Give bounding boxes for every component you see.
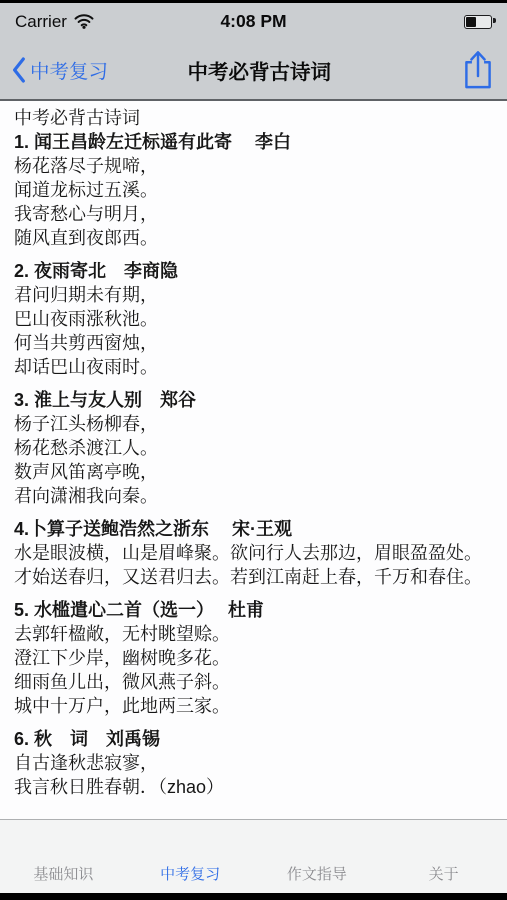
poem-line: 去郭轩楹敞，无村眺望赊。 bbox=[14, 622, 493, 646]
chevron-left-icon bbox=[12, 57, 25, 83]
tab-item-关于[interactable]: 关于 bbox=[380, 820, 507, 893]
status-bar: Carrier 4:08 PM bbox=[0, 3, 507, 40]
poem-block: 3. 淮上与友人别 郑谷 杨子江头杨柳春，杨花愁杀渡江人。数声风笛离亭晚，君向潇… bbox=[14, 388, 493, 508]
poem-line: 水是眼波横，山是眉峰聚。欲问行人去那边，眉眼盈盈处。 bbox=[14, 541, 493, 565]
poem-line: 杨花落尽子规啼， bbox=[14, 154, 493, 178]
clock: 4:08 PM bbox=[220, 11, 286, 32]
tab-label: 中考复习 bbox=[160, 863, 220, 884]
poem-lines: 杨花落尽子规啼，闻道龙标过五溪。我寄愁心与明月，随风直到夜郎西。 bbox=[14, 154, 493, 250]
poem-lines: 水是眼波横，山是眉峰聚。欲问行人去那边，眉眼盈盈处。才始送春归，又送君归去。若到… bbox=[14, 541, 493, 589]
poem-line: 君问归期未有期， bbox=[14, 283, 493, 307]
poem-line: 数声风笛离亭晚， bbox=[14, 460, 493, 484]
poem-title: 1. 闻王昌龄左迁标遥有此寄 李白 bbox=[14, 130, 493, 154]
app-screen: Carrier 4:08 PM 中考 bbox=[0, 3, 507, 893]
poem-line: 却话巴山夜雨时。 bbox=[14, 355, 493, 379]
poem-line: 随风直到夜郎西。 bbox=[14, 226, 493, 250]
back-button[interactable]: 中考复习 bbox=[12, 56, 108, 84]
page-title: 中考必背古诗词 bbox=[187, 55, 331, 85]
share-button[interactable] bbox=[461, 49, 495, 91]
poem-line: 细雨鱼儿出，微风燕子斜。 bbox=[14, 670, 493, 694]
back-button-label: 中考复习 bbox=[30, 56, 108, 84]
navigation-bar: 中考复习 中考必背古诗词 bbox=[0, 40, 507, 101]
poem-line: 闻道龙标过五溪。 bbox=[14, 178, 493, 202]
poem-block: 6. 秋 词 刘禹锡 自古逢秋悲寂寥，我言秋日胜春朝．（zhao） bbox=[14, 727, 493, 799]
carrier-label: Carrier bbox=[15, 12, 67, 32]
wifi-icon bbox=[74, 14, 94, 29]
poem-title: 6. 秋 词 刘禹锡 bbox=[14, 727, 493, 751]
poem-line: 杨花愁杀渡江人。 bbox=[14, 436, 493, 460]
poem-line: 杨子江头杨柳春， bbox=[14, 412, 493, 436]
poem-lines: 杨子江头杨柳春，杨花愁杀渡江人。数声风笛离亭晚，君向潇湘我向秦。 bbox=[14, 412, 493, 508]
poem-line: 我言秋日胜春朝．（zhao） bbox=[14, 775, 493, 799]
tab-label: 基础知识 bbox=[33, 863, 93, 884]
poem-line: 何当共剪西窗烛， bbox=[14, 331, 493, 355]
poem-line: 巴山夜雨涨秋池。 bbox=[14, 307, 493, 331]
battery-fill bbox=[466, 17, 476, 27]
poem-block: 5. 水槛遣心二首（选一） 杜甫 去郭轩楹敞，无村眺望赊。澄江下少岸，幽树晚多花… bbox=[14, 598, 493, 718]
tab-item-中考复习[interactable]: 中考复习 bbox=[127, 820, 254, 893]
poem-lines: 君问归期未有期，巴山夜雨涨秋池。何当共剪西窗烛，却话巴山夜雨时。 bbox=[14, 283, 493, 379]
tab-label: 关于 bbox=[429, 863, 459, 884]
content-heading: 中考必背古诗词 bbox=[14, 106, 493, 130]
poem-line: 我寄愁心与明月， bbox=[14, 202, 493, 226]
poem-lines: 自古逢秋悲寂寥，我言秋日胜春朝．（zhao） bbox=[14, 751, 493, 799]
poem-list: 1. 闻王昌龄左迁标遥有此寄 李白 杨花落尽子规啼，闻道龙标过五溪。我寄愁心与明… bbox=[14, 130, 493, 799]
poem-title: 5. 水槛遣心二首（选一） 杜甫 bbox=[14, 598, 493, 622]
poem-lines: 去郭轩楹敞，无村眺望赊。澄江下少岸，幽树晚多花。细雨鱼儿出，微风燕子斜。城中十万… bbox=[14, 622, 493, 718]
poem-line: 君向潇湘我向秦。 bbox=[14, 484, 493, 508]
poem-title: 3. 淮上与友人别 郑谷 bbox=[14, 388, 493, 412]
poem-line: 才始送春归，又送君归去。若到江南赶上春，千万和春住。 bbox=[14, 565, 493, 589]
poem-line: 澄江下少岸，幽树晚多花。 bbox=[14, 646, 493, 670]
poem-title: 2. 夜雨寄北 李商隐 bbox=[14, 259, 493, 283]
poem-block: 1. 闻王昌龄左迁标遥有此寄 李白 杨花落尽子规啼，闻道龙标过五溪。我寄愁心与明… bbox=[14, 130, 493, 250]
poem-line: 自古逢秋悲寂寥， bbox=[14, 751, 493, 775]
poem-line: 城中十万户，此地两三家。 bbox=[14, 694, 493, 718]
tab-label: 作文指导 bbox=[287, 863, 347, 884]
tab-item-基础知识[interactable]: 基础知识 bbox=[0, 820, 127, 893]
tab-item-作文指导[interactable]: 作文指导 bbox=[254, 820, 381, 893]
poem-block: 2. 夜雨寄北 李商隐 君问归期未有期，巴山夜雨涨秋池。何当共剪西窗烛，却话巴山… bbox=[14, 259, 493, 379]
battery-icon bbox=[464, 15, 492, 29]
poem-text-view[interactable]: 中考必背古诗词 1. 闻王昌龄左迁标遥有此寄 李白 杨花落尽子规啼，闻道龙标过五… bbox=[0, 101, 507, 819]
share-icon bbox=[461, 49, 495, 91]
poem-title: 4.卜算子送鲍浩然之浙东 宋·王观 bbox=[14, 517, 493, 541]
tab-bar: 基础知识 中考复习 作文指导 关于 bbox=[0, 819, 507, 893]
poem-block: 4.卜算子送鲍浩然之浙东 宋·王观 水是眼波横，山是眉峰聚。欲问行人去那边，眉眼… bbox=[14, 517, 493, 589]
